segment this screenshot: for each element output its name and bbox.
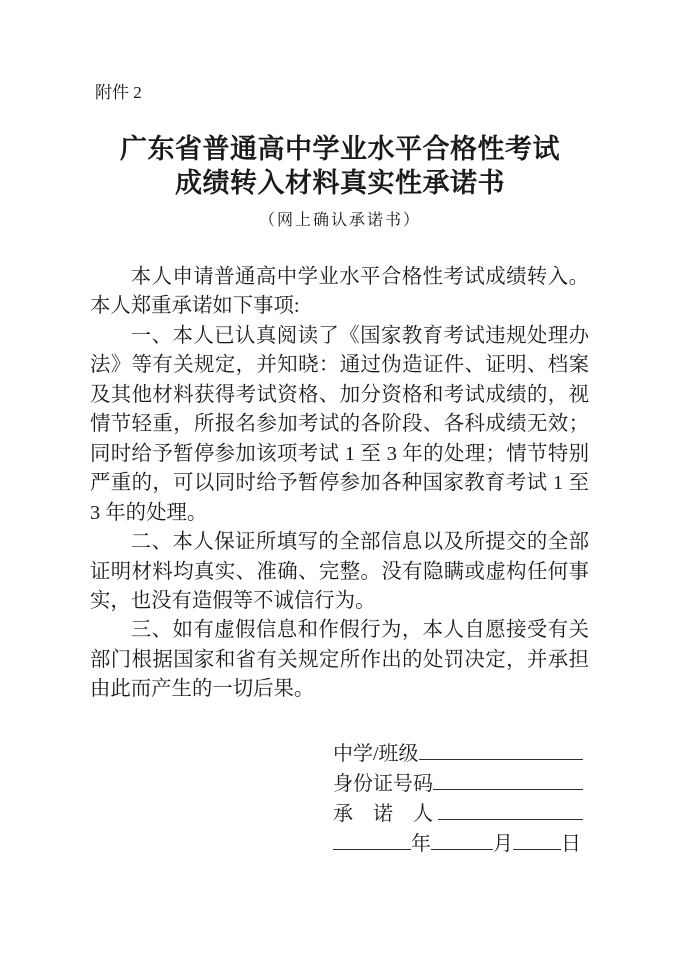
year-label: 年	[411, 830, 431, 859]
school-class-label: 中学/班级	[333, 740, 419, 769]
id-number-label: 身份证号码	[333, 770, 433, 799]
promiser-label: 承 诺 人	[333, 800, 438, 829]
day-blank-line	[513, 849, 561, 850]
month-label: 月	[493, 830, 513, 859]
signature-block: 中学/班级 身份证号码 承 诺 人 年 月 日	[333, 740, 583, 860]
school-class-blank-line	[419, 759, 583, 760]
school-class-row: 中学/班级	[333, 740, 583, 770]
promiser-row: 承 诺 人	[333, 800, 583, 830]
promiser-blank-line	[438, 819, 583, 820]
id-number-blank-line	[433, 789, 583, 790]
day-label: 日	[561, 830, 581, 859]
month-blank-line	[431, 849, 493, 850]
document-title: 广东省普通高中学业水平合格性考试 成绩转入材料真实性承诺书	[0, 133, 680, 200]
paragraph-item-3: 三、如有虚假信息和作假行为，本人自愿接受有关部门根据国家和省有关规定所作出的处罚…	[90, 616, 589, 704]
id-number-row: 身份证号码	[333, 770, 583, 800]
paragraph-item-1: 一、本人已认真阅读了《国家教育考试违规处理办法》等有关规定，并知晓：通过伪造证件…	[90, 322, 589, 528]
paragraph-item-2: 二、本人保证所填写的全部信息以及所提交的全部证明材料均真实、准确、完整。没有隐瞒…	[90, 528, 589, 616]
attachment-label: 附件 2	[95, 82, 142, 104]
document-page: 附件 2 广东省普通高中学业水平合格性考试 成绩转入材料真实性承诺书 （网上确认…	[0, 0, 680, 962]
document-subtitle: （网上确认承诺书）	[0, 207, 680, 230]
paragraph-intro: 本人申请普通高中学业水平合格性考试成绩转入。本人郑重承诺如下事项:	[90, 263, 589, 322]
year-blank-line	[333, 849, 411, 850]
title-line-1: 广东省普通高中学业水平合格性考试	[0, 133, 680, 167]
document-body: 本人申请普通高中学业水平合格性考试成绩转入。本人郑重承诺如下事项: 一、本人已认…	[90, 263, 589, 705]
title-line-2: 成绩转入材料真实性承诺书	[0, 167, 680, 201]
date-row: 年 月 日	[333, 830, 583, 860]
